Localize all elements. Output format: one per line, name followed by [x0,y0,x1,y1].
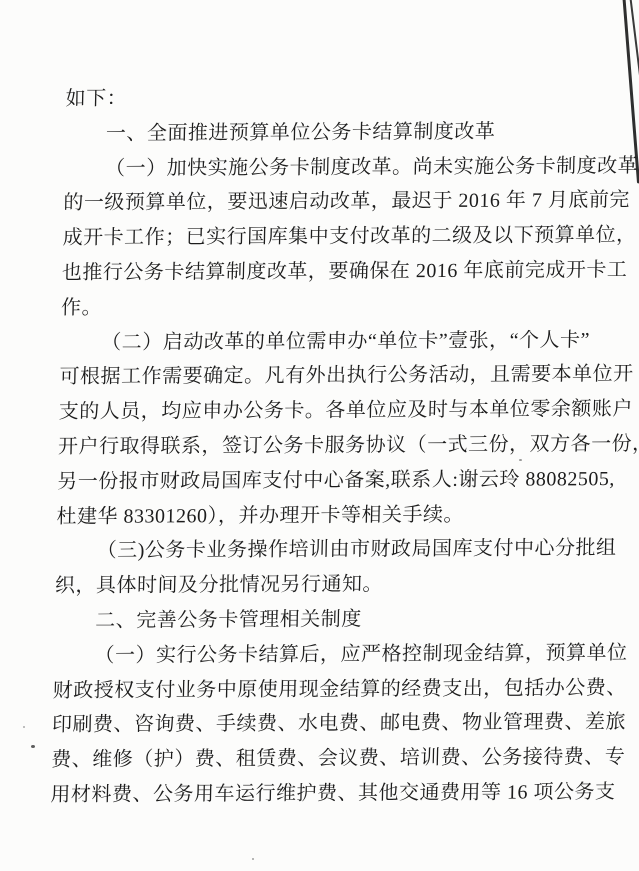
paragraph-3-line: 织，具体时间及分批情况另行通知。 [55,566,608,604]
paragraph-4-line: 用材料费、公务用车运行维护费、其他交通费用等 16 项公务支 [50,775,603,813]
paragraph-2-line: 另一份报市财政局国库支付中心备案,联系人:谢云玲 88082505, [57,462,610,500]
heading-section-two: 二、完善公务卡管理相关制度 [54,601,607,639]
document-body: 如下： 一、全面推进预算单位公务卡结算制度改革 （一）加快实施公务卡制度改革。尚… [50,79,618,813]
paragraph-1-line: （一）加快实施公务卡制度改革。尚未实施公务卡制度改革 [64,149,617,187]
paragraph-1-line: 的一级预算单位，要迅速启动改革，最迟于 2016 年 7 月底前完 [63,183,616,221]
paragraph-4-line: （一）实行公务卡结算后，应严格控制现金结算，预算单位 [53,636,606,674]
paragraph-2-line: （二）启动改革的单位需申办“单位卡”壹张，“个人卡” [60,323,613,361]
paragraph-4-line: 费、维修（护）费、租赁费、会议费、培训费、公务接待费、专 [51,740,604,778]
heading-section-one: 一、全面推进预算单位公务卡结算制度改革 [64,114,617,152]
paragraph-4-line: 财政授权支付业务中原使用现金结算的经费支出，包括办公费、 [52,671,605,709]
paragraph-1-line: 成开卡工作；已实行国库集中支付改革的二级及以下预算单位， [62,218,615,256]
paragraph-3-line: （三)公务卡业务操作培训由市财政局国库支付中心分批组 [55,531,608,569]
paragraph-2-line: 杜建华 83301260），并办理开卡等相关手续。 [56,497,609,535]
scan-noise-speck [31,745,35,748]
paragraph-4-line: 印刷费、咨询费、手续费、水电费、邮电费、物业管理费、差旅 [52,705,605,743]
intro-lead-line: 如下： [65,79,618,117]
scan-noise-speck [23,726,25,728]
paragraph-2-line: 可根据工作需要确定。凡有外出执行公务活动，且需要本单位开 [59,357,612,395]
scan-noise-speck [252,858,254,860]
paragraph-2-line: 支的人员，均应申办公务卡。各单位应及时与本单位零余额账户 [58,392,611,430]
paragraph-1-line: 作。 [61,288,614,326]
paragraph-2-line: 开户行取得联系，签订公务卡服务协议（一式三份，双方各一份， [58,427,611,465]
scanned-document-page: 如下： 一、全面推进预算单位公务卡结算制度改革 （一）加快实施公务卡制度改革。尚… [0,0,639,871]
paragraph-1-line: 也推行公务卡结算制度改革，要确保在 2016 年底前完成开卡工 [61,253,614,291]
